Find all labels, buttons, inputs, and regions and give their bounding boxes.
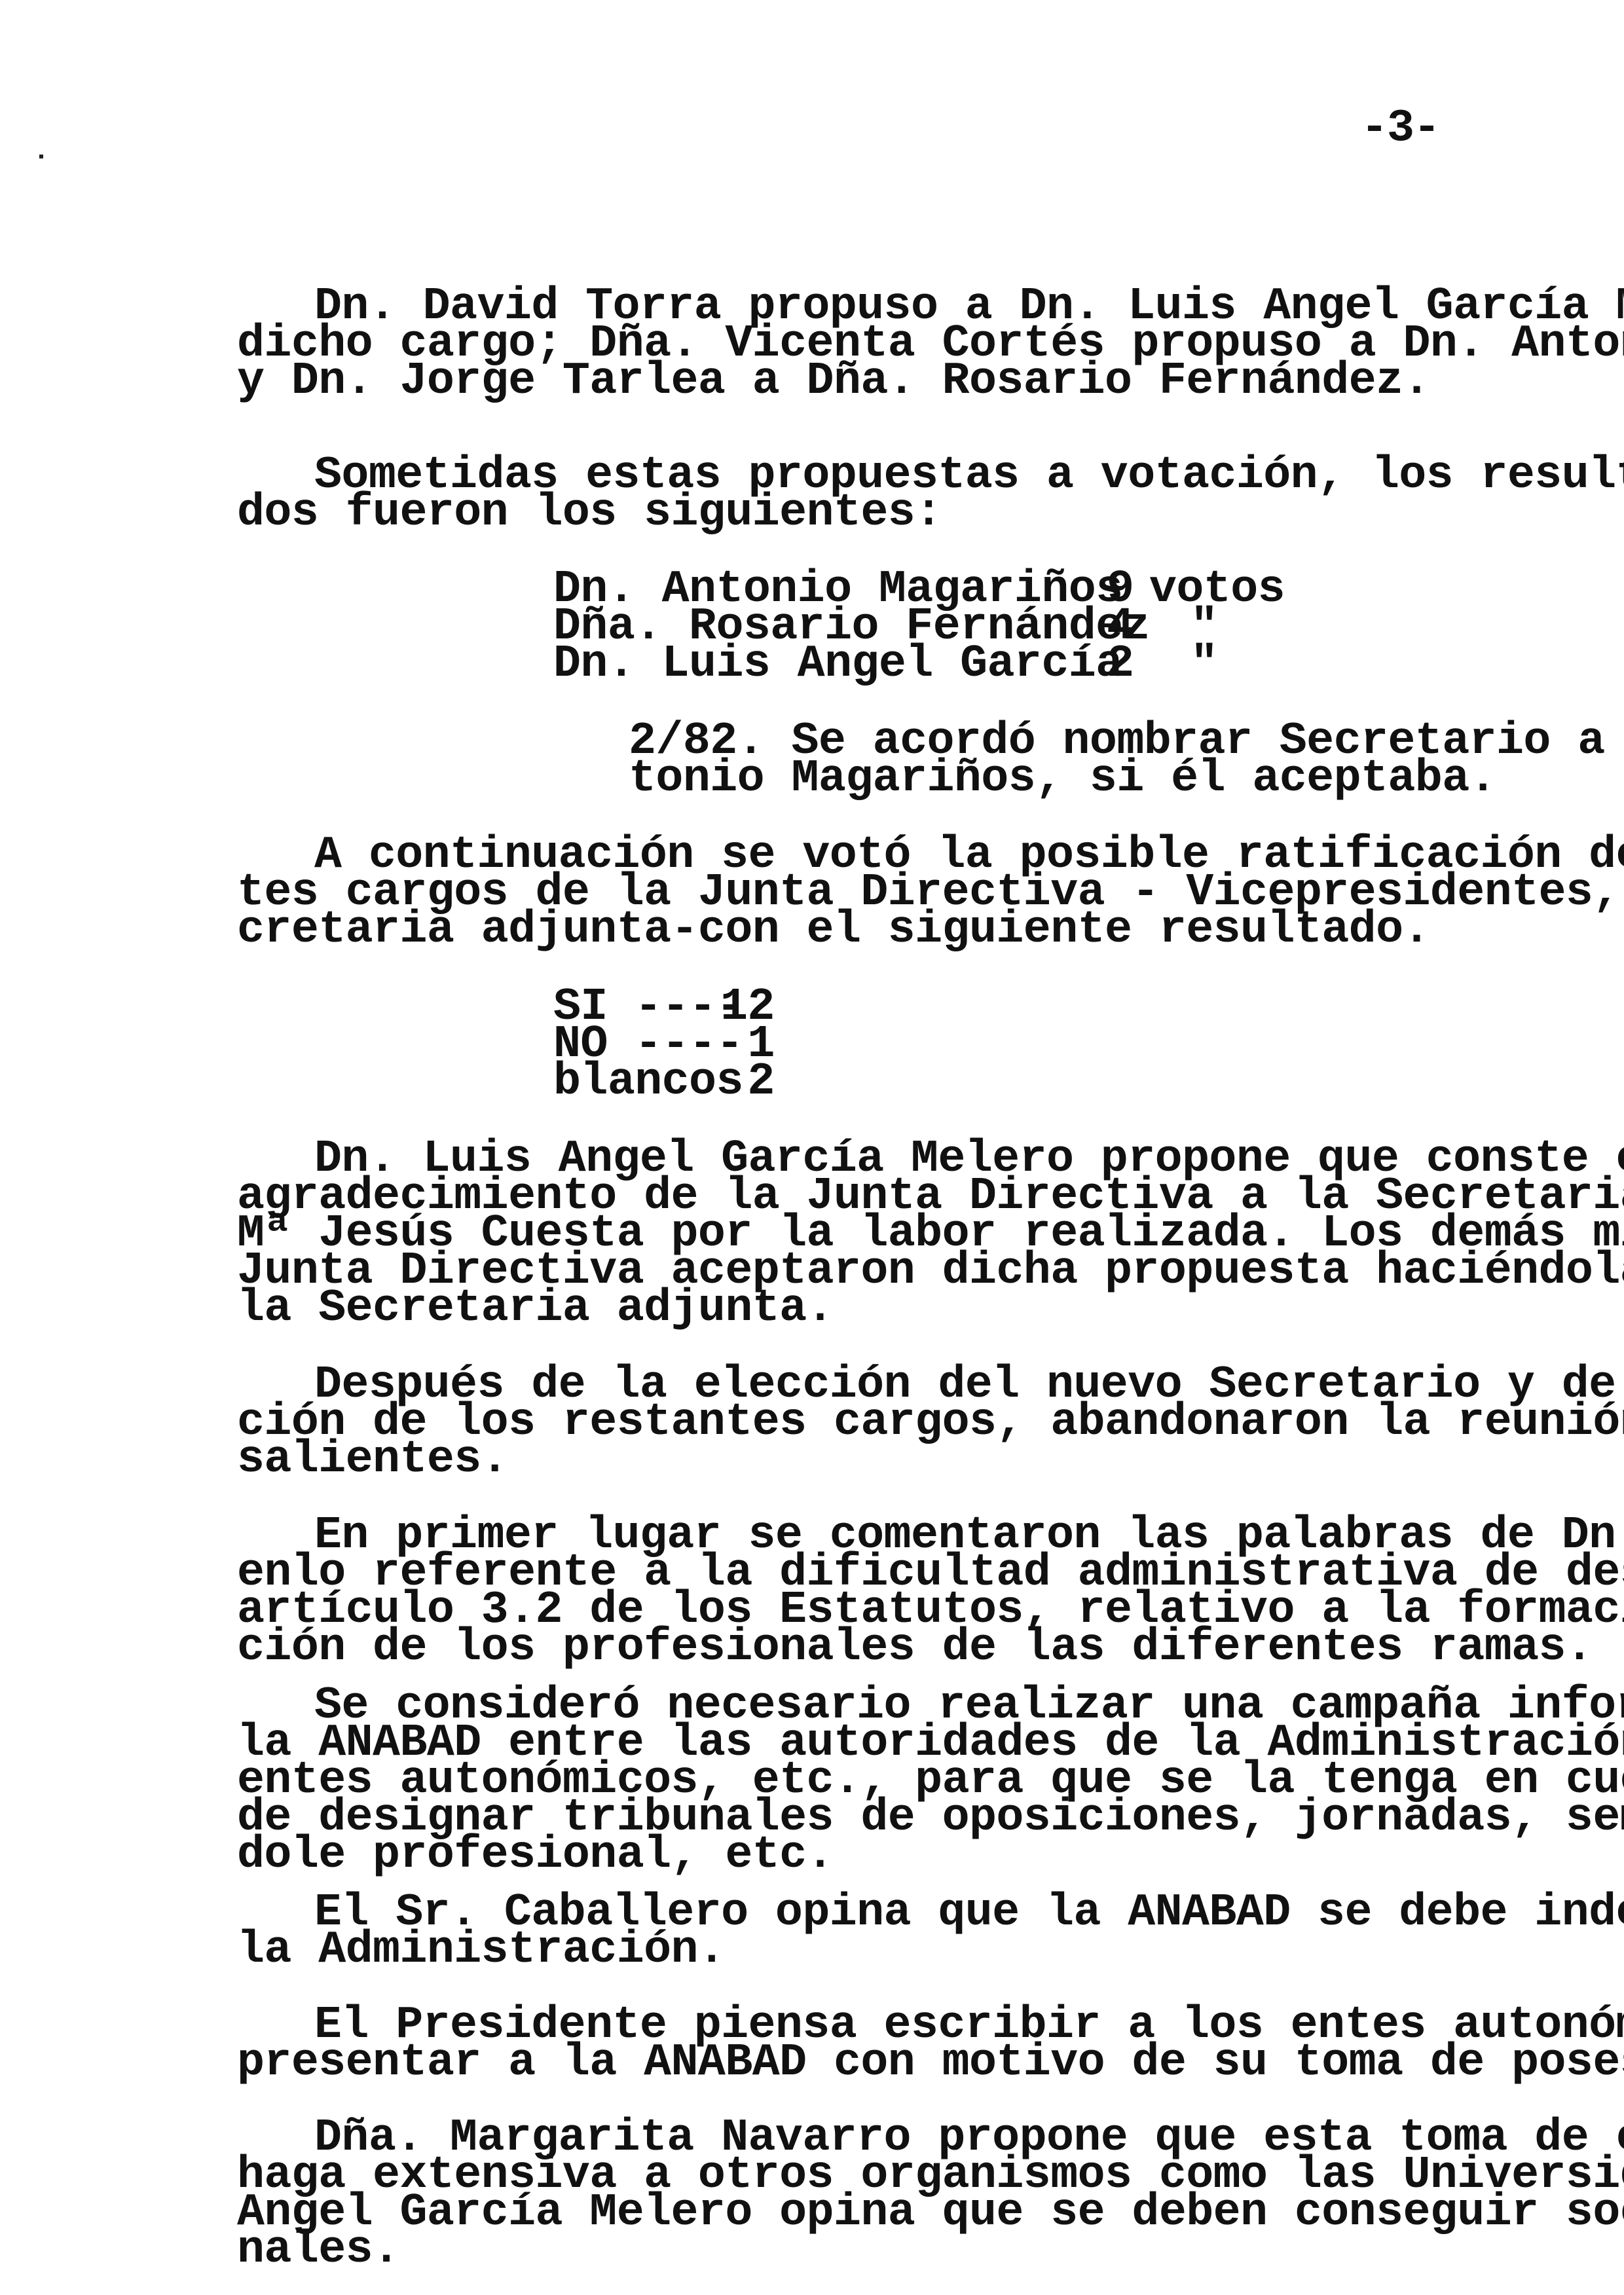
candidate-name: Dn. Luis Angel García — [553, 646, 1123, 683]
text-line: y Dn. Jorge Tarlea a Dña. Rosario Fernán… — [237, 363, 1430, 400]
text-line: nales. — [237, 2231, 399, 2269]
text-line: salientes. — [237, 1441, 508, 1478]
scan-speck — [39, 155, 43, 158]
vote-count: 2 — [1107, 646, 1134, 683]
result-value: 2 — [720, 1063, 775, 1101]
document-page: -3- Dn. David Torra propuso a Dn. Luis A… — [0, 0, 1624, 2295]
text-line: la Secretaria adjunta. — [237, 1290, 834, 1327]
text-line: tonio Magariños, si él aceptaba. — [629, 760, 1496, 798]
text-line: ción de los profesionales de las diferen… — [237, 1629, 1593, 1666]
text-line: dos fueron los siguientes: — [237, 494, 942, 532]
ditto-mark: " — [1190, 646, 1217, 683]
text-line: cretaria adjunta-con el siguiente result… — [237, 911, 1430, 949]
text-line: la Administración. — [237, 1932, 725, 1969]
text-line: dole profesional, etc. — [237, 1837, 834, 1874]
text-line: presentar a la ANABAD con motivo de su t… — [237, 2044, 1624, 2082]
page-number: -3- — [1361, 110, 1439, 147]
text-line: Angel García Melero opina que se deben c… — [237, 2194, 1624, 2231]
result-label: blancos — [553, 1063, 743, 1101]
